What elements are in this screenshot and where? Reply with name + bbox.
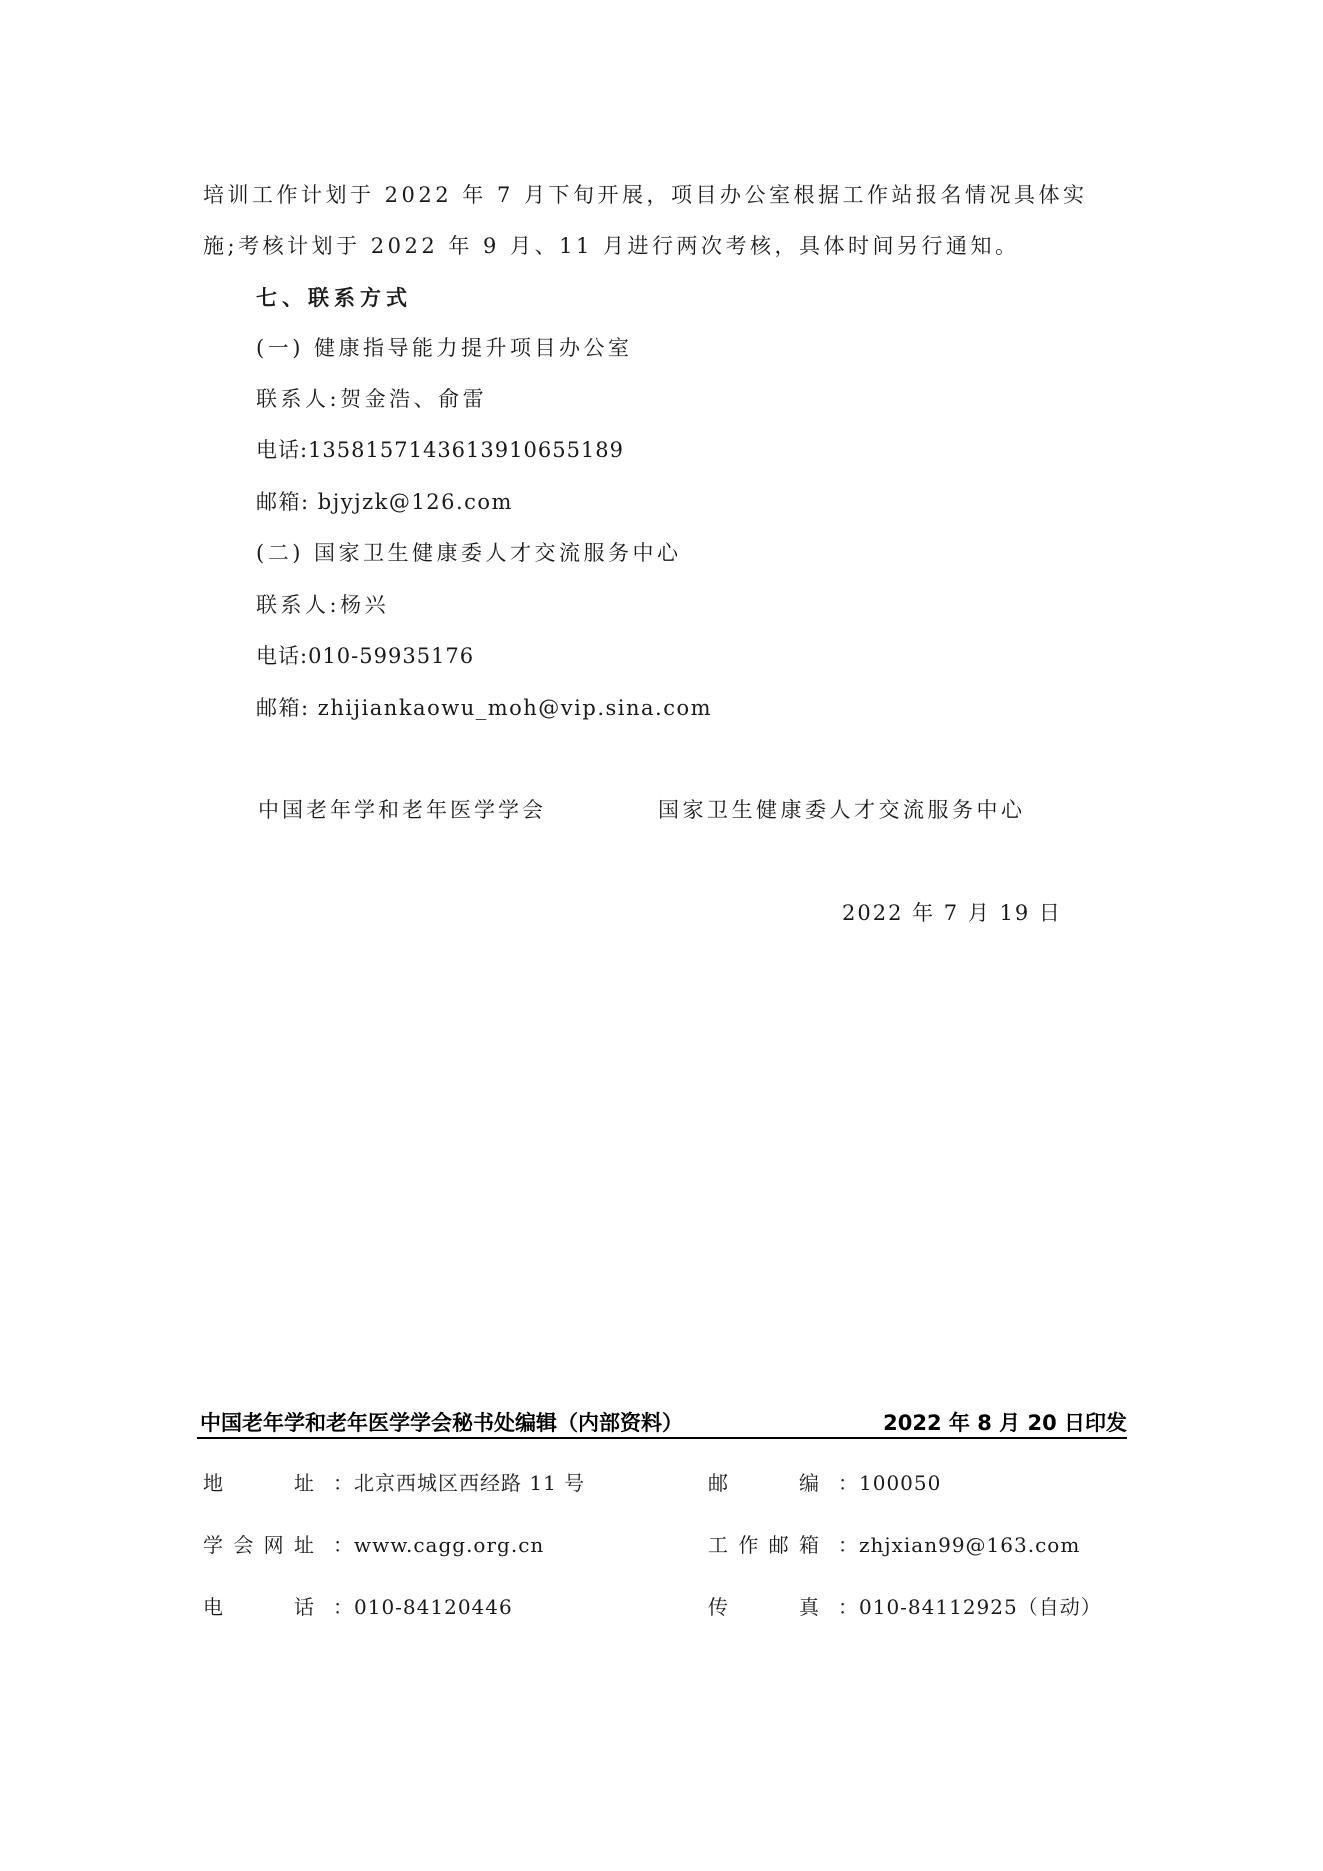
signature-left: 中国老年学和老年医学学会 (258, 797, 546, 823)
work-email-label: 工作邮箱 (708, 1532, 820, 1558)
document-date: 2022 年 7 月 19 日 (842, 900, 1062, 926)
contact-2-phone: 电话:010-59935176 (256, 643, 474, 669)
contact-2-person: 联系人:杨兴 (256, 592, 389, 618)
postcode-label: 邮编 (708, 1470, 820, 1496)
footer-fax: 传真：010-84112925（自动） (708, 1594, 1102, 1620)
postcode-value: ：100050 (838, 1471, 941, 1495)
footer-masthead: 中国老年学和老年医学学会秘书处编辑（内部资料） 2022 年 8 月 20 日印… (200, 1409, 1127, 1437)
paragraph-line-1: 培训工作计划于 2022 年 7 月下旬开展，项目办公室根据工作站报名情况具体实 (203, 182, 1123, 208)
website-value[interactable]: ：www.cagg.org.cn (333, 1533, 544, 1557)
work-email-value[interactable]: ：zhjxian99@163.com (838, 1533, 1080, 1557)
footer-address: 地址：北京西城区西经路 11 号 (203, 1470, 585, 1496)
footer-website: 学会网址：www.cagg.org.cn (203, 1532, 544, 1558)
fax-value: ：010-84112925（自动） (838, 1595, 1102, 1619)
contact-1-org: (一) 健康指导能力提升项目办公室 (256, 335, 633, 361)
address-value: ：北京西城区西经路 11 号 (333, 1471, 585, 1495)
contact-2-email[interactable]: 邮箱: zhijiankaowu_moh@vip.sina.com (256, 695, 712, 721)
contact-1-email[interactable]: 邮箱: bjyjzk@126.com (256, 489, 513, 515)
fax-label: 传真 (708, 1594, 820, 1620)
footer-issue-date: 2022 年 8 月 20 日印发 (883, 1409, 1127, 1437)
signature-right: 国家卫生健康委人才交流服务中心 (658, 797, 1026, 823)
website-label: 学会网址 (203, 1532, 315, 1558)
footer-work-email: 工作邮箱：zhjxian99@163.com (708, 1532, 1080, 1558)
phone-value: ：010-84120446 (333, 1595, 513, 1619)
phone-label: 电话 (203, 1594, 315, 1620)
contact-2-org: (二) 国家卫生健康委人才交流服务中心 (256, 540, 682, 566)
footer-phone: 电话：010-84120446 (203, 1594, 513, 1620)
section-heading-contact: 七、联系方式 (256, 285, 412, 311)
footer-divider (197, 1437, 1127, 1439)
contact-1-phone: 电话:13581571436​13910655189 (256, 437, 624, 463)
paragraph-line-2: 施;考核计划于 2022 年 9 月、11 月进行两次考核，具体时间另行通知。 (203, 233, 1123, 259)
footer-postcode: 邮编：100050 (708, 1470, 941, 1496)
address-label: 地址 (203, 1470, 315, 1496)
contact-1-person: 联系人:贺金浩、俞雷 (256, 386, 487, 412)
footer-editor: 中国老年学和老年医学学会秘书处编辑（内部资料） (200, 1409, 683, 1437)
